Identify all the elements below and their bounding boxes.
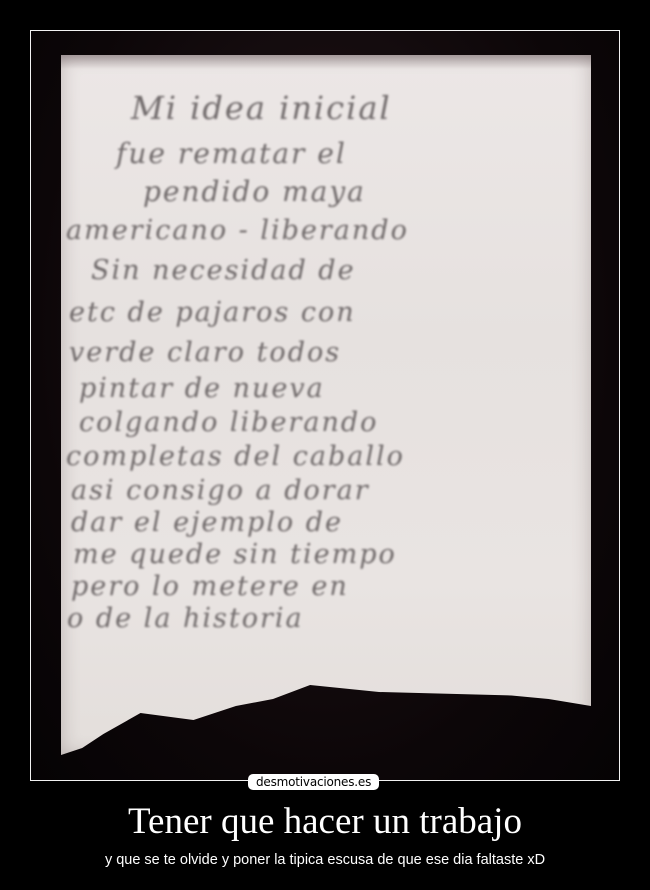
handwritten-paper: Mi idea inicial fue rematar el pendido m…	[61, 55, 591, 755]
handwritten-line: etc de pajaros con	[69, 297, 356, 328]
handwritten-line: colgando liberando	[79, 407, 378, 438]
poster-title: Tener que hacer un trabajo	[0, 800, 650, 844]
handwritten-line: completas del caballo	[66, 441, 405, 472]
handwritten-line: asi consigo a dorar	[71, 475, 370, 506]
handwritten-line: dar el ejemplo de	[71, 507, 343, 538]
handwritten-line: o de la historia	[67, 603, 304, 634]
handwritten-line: pendido maya	[143, 175, 366, 208]
handwritten-line: Sin necesidad de	[91, 255, 356, 286]
handwritten-line: pero lo metere en	[71, 571, 349, 602]
handwritten-line: americano - liberando	[66, 215, 409, 246]
poster-photo: Mi idea inicial fue rematar el pendido m…	[31, 31, 619, 780]
poster-subtitle: y que se te olvide y poner la tipica esc…	[0, 850, 650, 870]
handwritten-line: Mi idea inicial	[131, 89, 392, 127]
handwritten-line: fue rematar el	[116, 137, 347, 170]
poster-frame: Mi idea inicial fue rematar el pendido m…	[30, 30, 620, 781]
handwritten-line: pintar de nueva	[79, 373, 325, 404]
handwritten-line: me quede sin tiempo	[73, 539, 397, 570]
site-watermark: desmotivaciones.es	[248, 774, 379, 790]
handwritten-line: verde claro todos	[69, 337, 341, 368]
